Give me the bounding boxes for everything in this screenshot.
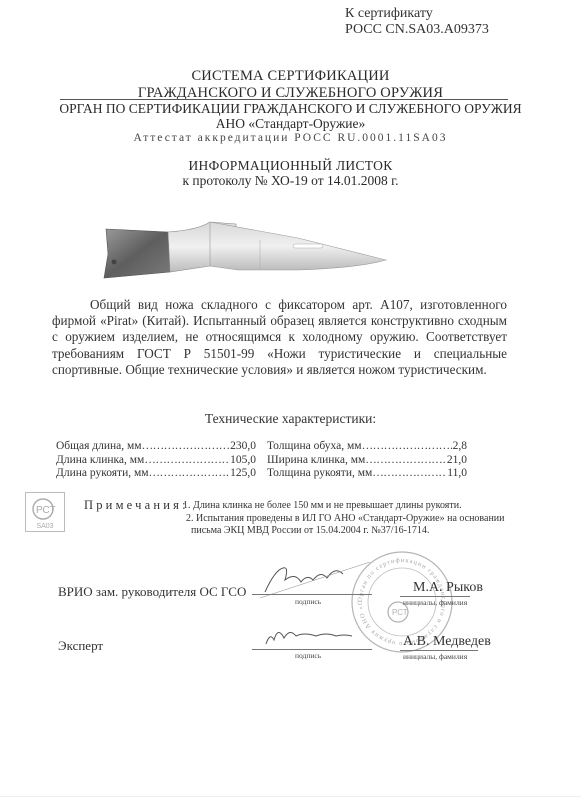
signature-line	[252, 594, 372, 595]
document-title: ИНФОРМАЦИОННЫЙ ЛИСТОК	[0, 158, 581, 173]
specs-title: Технические характеристики:	[0, 411, 581, 427]
organization-name: АНО «Стандарт-Оружие»	[0, 116, 581, 131]
notes-label: Примечания:	[84, 498, 189, 513]
spec-value: 230,0	[230, 440, 256, 454]
header-divider	[60, 99, 508, 100]
spec-value: 2,8	[453, 440, 467, 454]
signature-caption: подпись	[295, 651, 321, 660]
spec-label: Общая длина, мм	[56, 440, 142, 454]
spec-value: 11,0	[447, 467, 467, 481]
signature-line	[252, 649, 372, 650]
organ-name: ОРГАН ПО СЕРТИФИКАЦИИ ГРАЖДАНСКОГО И СЛУ…	[0, 101, 581, 116]
signer-name: М.А. Рыков	[413, 580, 483, 596]
note-item: 1. Длина клинка не более 150 мм и не пре…	[183, 500, 505, 513]
signer-role: Эксперт	[58, 638, 103, 654]
signer-role: ВРИО зам. руководителя ОС ГСО	[58, 584, 246, 600]
accreditation-line: Аттестат аккредитации РОСС RU.0001.11SA0…	[0, 131, 581, 145]
specs-right-column: Толщина обуха, мм2,8 Ширина клинка, мм21…	[267, 440, 467, 481]
note-item: 2. Испытания проведены в ИЛ ГО АНО «Стан…	[183, 513, 505, 526]
spec-value: 105,0	[230, 454, 256, 468]
spec-label: Длина рукояти, мм	[56, 467, 149, 481]
rst-certification-mark-icon: РСТ SA03	[25, 492, 65, 532]
spec-label: Толщина обуха, мм	[267, 440, 362, 454]
spec-row: Общая длина, мм230,0	[56, 440, 256, 454]
note-item-continuation: письма ЭКЦ МВД России от 15.04.2004 г. №…	[183, 525, 505, 538]
spec-label: Ширина клинка, мм	[267, 454, 365, 468]
spec-label: Длина клинка, мм	[56, 454, 144, 468]
notes-list: 1. Длина клинка не более 150 мм и не пре…	[183, 500, 505, 538]
spec-row: Толщина рукояти, мм11,0	[267, 467, 467, 481]
system-title-line1: СИСТЕМА СЕРТИФИКАЦИИ	[0, 68, 581, 85]
spec-row: Длина клинка, мм105,0	[56, 454, 256, 468]
spec-row: Толщина обуха, мм2,8	[267, 440, 467, 454]
svg-text:SA03: SA03	[36, 523, 53, 530]
signature-caption: подпись	[295, 597, 321, 606]
svg-text:РСТ: РСТ	[36, 505, 56, 516]
scan-edge	[0, 796, 581, 797]
certificate-number: РОСС CN.SA03.A09373	[345, 22, 489, 38]
spec-row: Ширина клинка, мм21,0	[267, 454, 467, 468]
spec-value: 21,0	[447, 454, 467, 468]
spec-row: Длина рукояти, мм125,0	[56, 467, 256, 481]
spec-label: Толщина рукояти, мм	[267, 467, 372, 481]
name-line	[400, 650, 478, 651]
description-paragraph: Общий вид ножа складного с фиксатором ар…	[52, 297, 507, 378]
signer-name: А.В. Медведев	[403, 634, 491, 650]
handwritten-signature-icon	[260, 622, 360, 650]
certificate-reference: К сертификату РОСС CN.SA03.A09373	[345, 6, 489, 38]
name-caption: инициалы, фамилия	[403, 598, 467, 607]
svg-text:РСТ: РСТ	[392, 608, 408, 617]
spec-value: 125,0	[230, 467, 256, 481]
certificate-reference-label: К сертификату	[345, 6, 489, 22]
system-header: СИСТЕМА СЕРТИФИКАЦИИ ГРАЖДАНСКОГО И СЛУЖ…	[0, 68, 581, 102]
name-line	[400, 596, 470, 597]
document-subtitle: к протоколу № ХО-19 от 14.01.2008 г.	[0, 173, 581, 188]
name-caption: инициалы, фамилия	[403, 652, 467, 661]
folding-knife-photo	[98, 210, 388, 282]
specs-left-column: Общая длина, мм230,0 Длина клинка, мм105…	[56, 440, 256, 481]
